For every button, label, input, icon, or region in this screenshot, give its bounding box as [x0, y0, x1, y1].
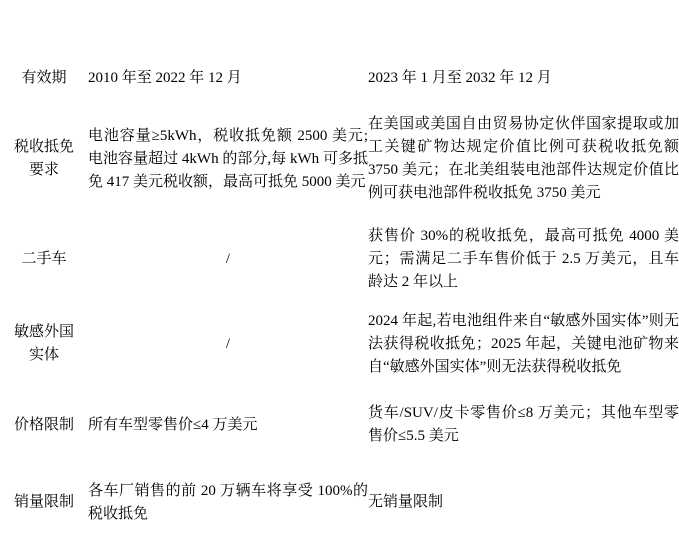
cell-old-policy-price-limit: 所有车型零售价≤4 万美元 [88, 390, 368, 460]
cell-new-policy-sales-limit: 无销量限制 [368, 460, 679, 545]
cell-old-policy-foreign-entity: / [88, 298, 368, 390]
cell-old-policy-validity: 2010 年至 2022 年 12 月 [88, 58, 368, 98]
row-header-foreign-entity: 敏感外国 实体 [0, 298, 88, 390]
cell-new-policy-credit-requirements: 在美国或美国自由贸易协定伙伴国家提取或加工关键矿物达规定价值比例可获税收抵免额 … [368, 98, 679, 220]
cell-new-policy-validity: 2023 年 1 月至 2032 年 12 月 [368, 58, 679, 98]
row-header-validity: 有效期 [0, 58, 88, 98]
cell-new-policy-foreign-entity: 2024 年起,若电池组件来自“敏感外国实体”则无法获得税收抵免；2025 年起… [368, 298, 679, 390]
document-page: 有效期 2010 年至 2022 年 12 月 2023 年 1 月至 2032… [0, 0, 679, 547]
cell-new-policy-used-cars: 获售价 30%的税收抵免，最高可抵免 4000 美元；需满足二手车售价低于 2.… [368, 220, 679, 298]
table-row-foreign-entity: 敏感外国 实体 / 2024 年起,若电池组件来自“敏感外国实体”则无法获得税收… [0, 298, 679, 390]
table-row-sales-limit: 销量限制 各车厂销售的前 20 万辆车将享受 100%的税收抵免 无销量限制 [0, 460, 679, 545]
row-header-sales-limit: 销量限制 [0, 460, 88, 545]
cell-old-policy-sales-limit: 各车厂销售的前 20 万辆车将享受 100%的税收抵免 [88, 460, 368, 545]
table-row-validity: 有效期 2010 年至 2022 年 12 月 2023 年 1 月至 2032… [0, 58, 679, 98]
row-header-price-limit: 价格限制 [0, 390, 88, 460]
cell-new-policy-price-limit: 货车/SUV/皮卡零售价≤8 万美元；其他车型零售价≤5.5 美元 [368, 390, 679, 460]
table-row-used-cars: 二手车 / 获售价 30%的税收抵免，最高可抵免 4000 美元；需满足二手车售… [0, 220, 679, 298]
cell-old-policy-credit-requirements: 电池容量≥5kWh，税收抵免额 2500 美元;电池容量超过 4kWh 的部分,… [88, 98, 368, 220]
table-row-price-limit: 价格限制 所有车型零售价≤4 万美元 货车/SUV/皮卡零售价≤8 万美元；其他… [0, 390, 679, 460]
cell-old-policy-used-cars: / [88, 220, 368, 298]
row-header-used-cars: 二手车 [0, 220, 88, 298]
row-header-credit-requirements: 税收抵免 要求 [0, 98, 88, 220]
table-row-credit-requirements: 税收抵免 要求 电池容量≥5kWh，税收抵免额 2500 美元;电池容量超过 4… [0, 98, 679, 220]
policy-comparison-table: 有效期 2010 年至 2022 年 12 月 2023 年 1 月至 2032… [0, 58, 679, 545]
